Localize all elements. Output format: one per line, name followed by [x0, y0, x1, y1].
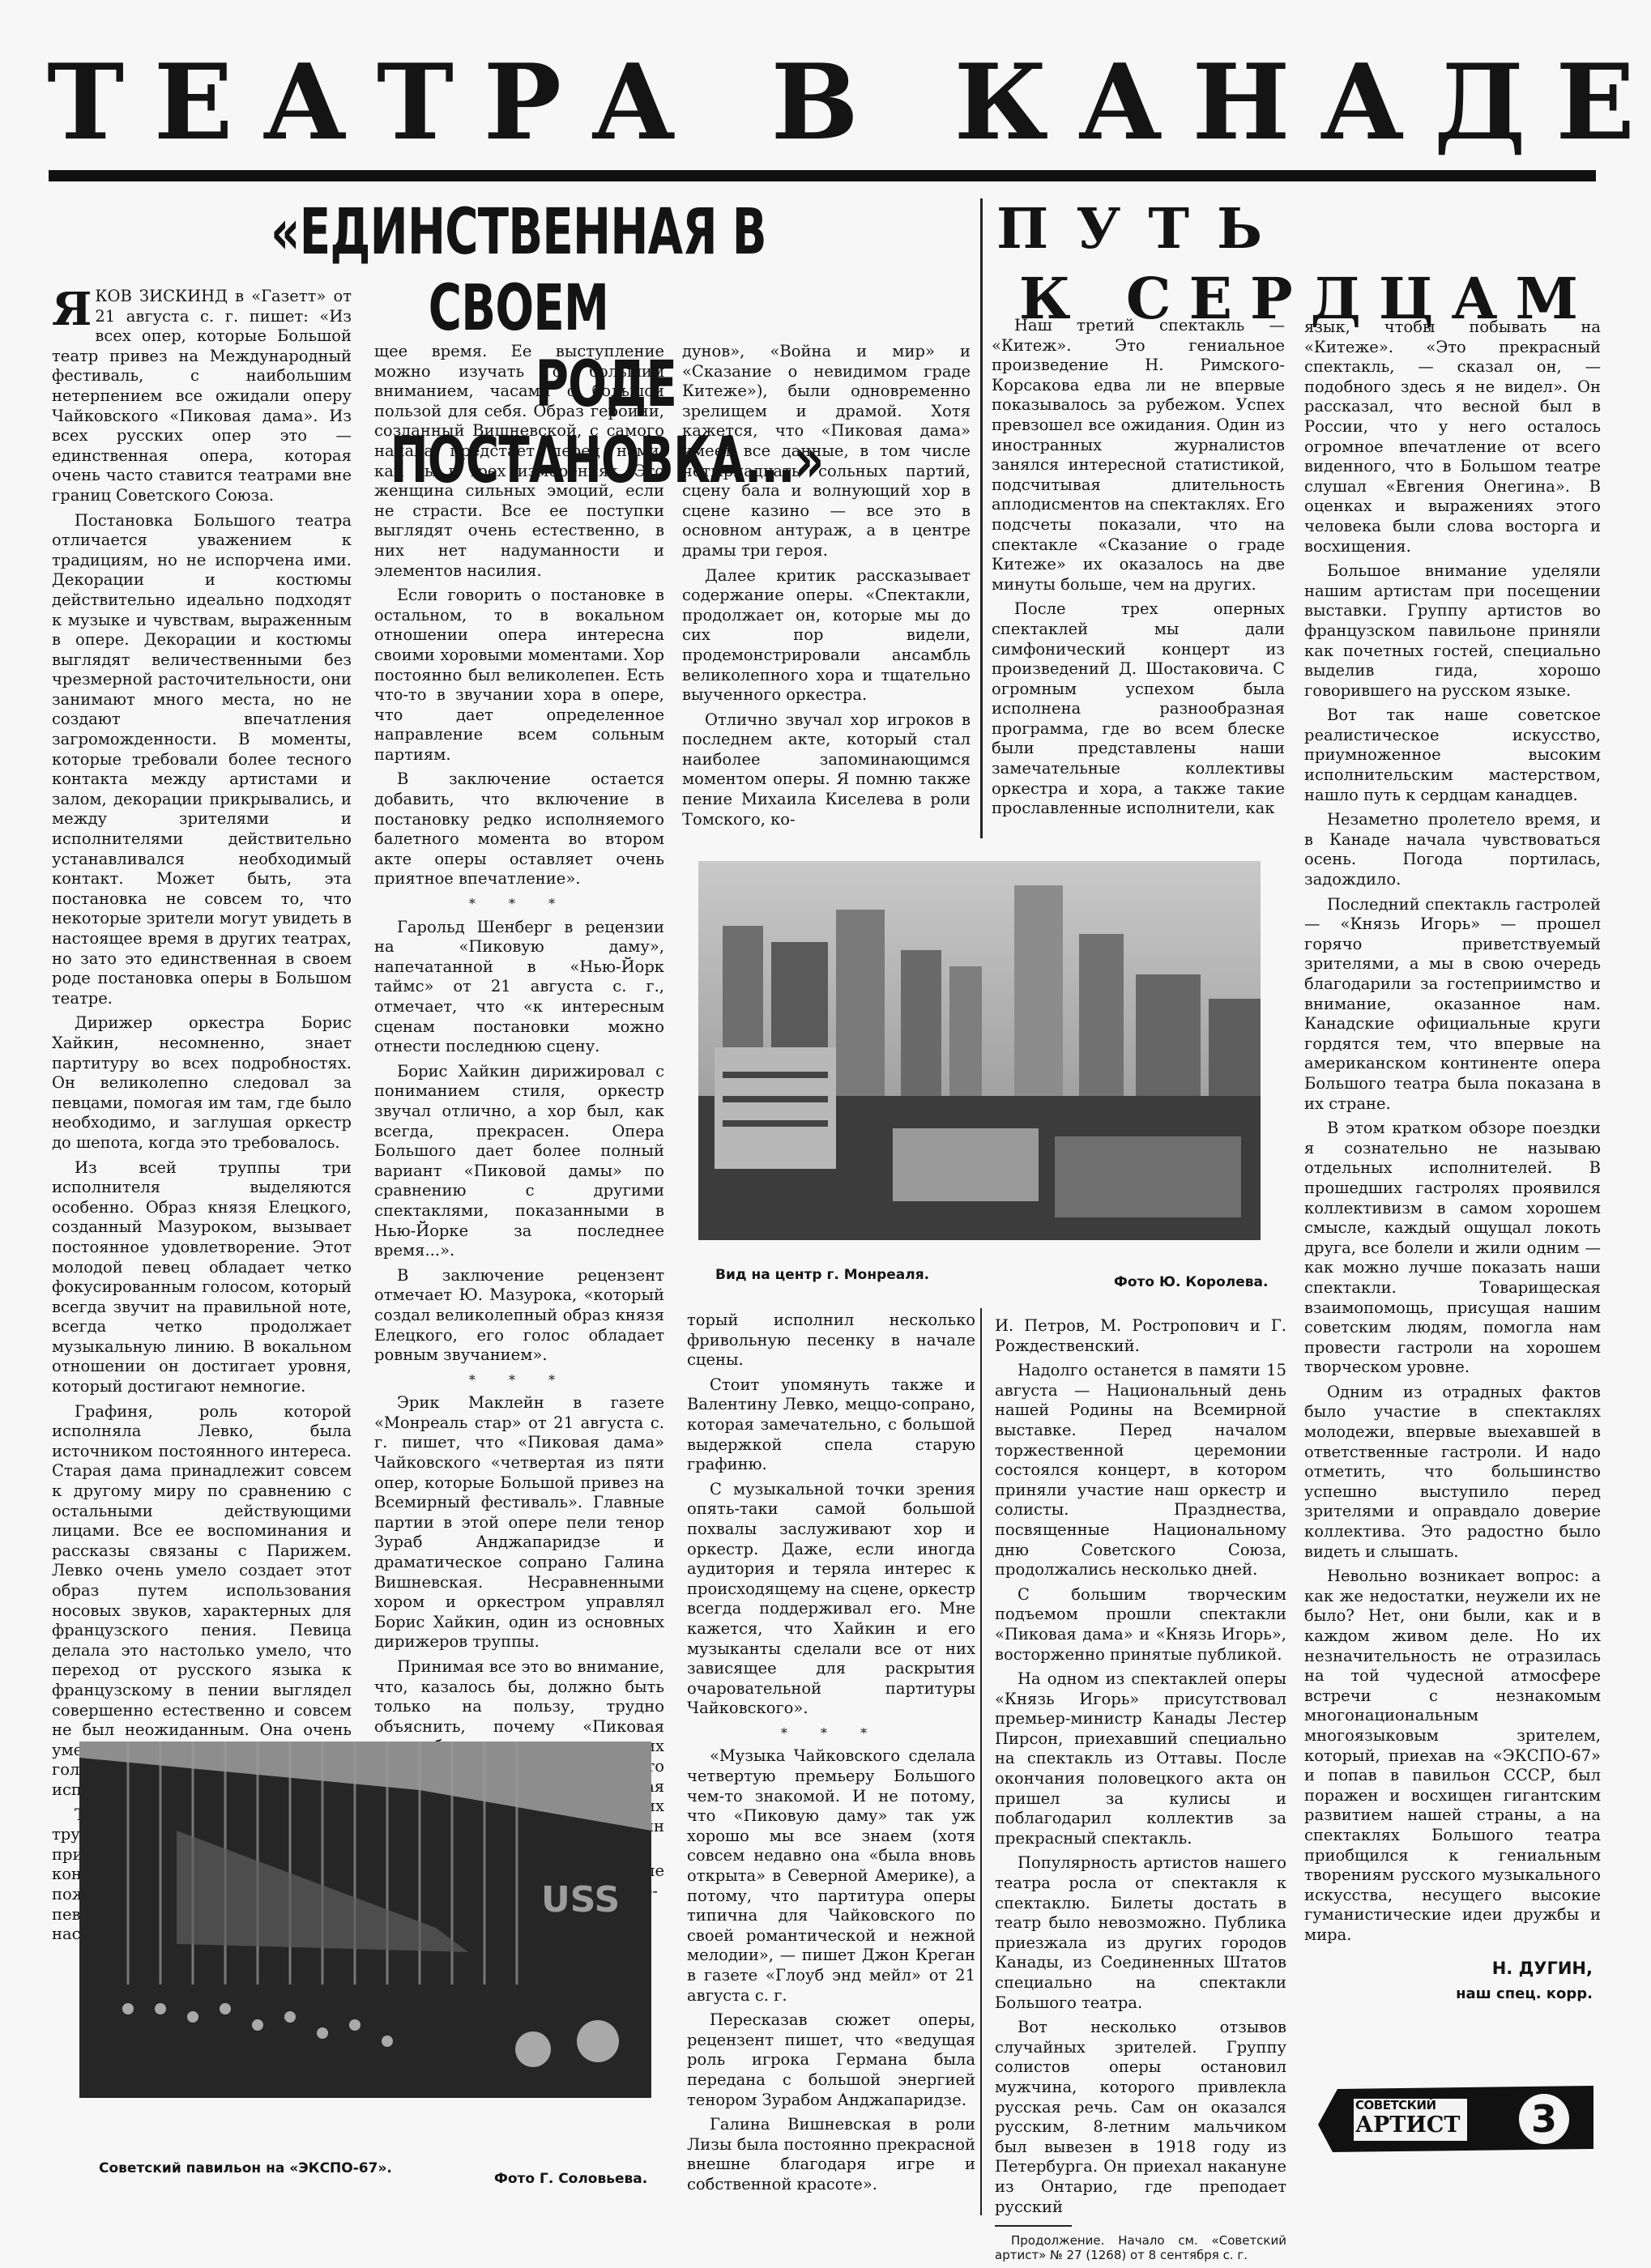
- paragraph: На одном из спектаклей оперы «Князь Игор…: [995, 1669, 1286, 1848]
- paragraph: щее время. Ее выступление можно изучать …: [374, 342, 664, 581]
- paragraph: И. Петров, М. Ростропович и Г. Рождестве…: [995, 1316, 1286, 1356]
- paragraph: Если говорить о постановке в остальном, …: [374, 586, 664, 765]
- paragraph: С большим творческим подъемом прошли спе…: [995, 1585, 1286, 1665]
- article2-column-1-top: Наш третий спектакль — «Китеж». Это гени…: [992, 316, 1285, 824]
- paragraph: Отлично звучал хор игроков в последнем а…: [682, 710, 971, 830]
- montreal-photo: [698, 861, 1261, 1240]
- masthead-letter: [888, 50, 924, 156]
- author-name: Н. ДУГИН,: [1304, 1959, 1593, 1979]
- article1-column-3-top: дунов», «Война и мир» и «Сказание о неви…: [682, 342, 971, 834]
- paragraph: Борис Хайкин дирижировал с пониманием ст…: [374, 1062, 664, 1261]
- section-separator: * * *: [374, 894, 664, 914]
- masthead-letter: Т: [377, 50, 454, 156]
- paragraph: торый исполнил несколько фривольную песе…: [687, 1311, 975, 1371]
- paragraph: С музыкальной точки зрения опять-таки са…: [687, 1480, 975, 1719]
- paragraph: дунов», «Война и мир» и «Сказание о неви…: [682, 342, 971, 561]
- paragraph: Постановка Большого театра отличается ув…: [52, 511, 352, 1009]
- column-divider: [980, 1308, 982, 2215]
- paragraph: Стоит упомянуть также и Валентину Левко,…: [687, 1375, 975, 1475]
- masthead-letter: Е: [1555, 50, 1635, 156]
- paragraph: В заключение остается добавить, что вклю…: [374, 769, 664, 889]
- column-divider: [980, 198, 983, 838]
- city-skyline-image: [698, 861, 1261, 1240]
- paragraph: Вот так наше советское реалистическое ис…: [1304, 706, 1601, 805]
- pavilion-photo: USS: [79, 1742, 651, 2098]
- paragraph: Дирижер оркестра Борис Хайкин, несомненн…: [52, 1013, 352, 1153]
- masthead-letter: Е: [154, 50, 233, 156]
- paragraph: Графиня, роль которой исполняла Левко, б…: [52, 1402, 352, 1801]
- article2-column-2: язык, чтобы побывать на «Китеже». «Это п…: [1304, 318, 1601, 2005]
- section-separator: * * *: [374, 1371, 664, 1391]
- svg-text:USS: USS: [541, 1879, 620, 1921]
- paragraph: Пересказав сюжет оперы, рецензент пишет,…: [687, 2010, 975, 2110]
- pavilion-photo-caption: Советский павильон на «ЭКСПО-67».: [99, 2160, 392, 2176]
- masthead-letter: Р: [484, 50, 561, 156]
- paragraph: Большое внимание уделяли нашим артистам …: [1304, 561, 1601, 701]
- article2-column-1-bottom: И. Петров, М. Ростропович и Г. Рождестве…: [995, 1316, 1286, 2262]
- pavilion-photo-credit: Фото Г. Соловьева.: [494, 2171, 647, 2187]
- paragraph: ЯКОВ ЗИСКИНД в «Газетт» от 21 августа с.…: [52, 287, 352, 506]
- masthead-letter: А: [591, 50, 676, 156]
- paragraph: Вот несколько отзывов случайных зрителей…: [995, 2018, 1286, 2217]
- masthead-title: ТЕАТРА В КАНАДЕ: [47, 50, 1635, 156]
- montreal-photo-caption: Вид на центр г. Монреаля.: [715, 1267, 929, 1283]
- masthead-letter: Д: [1434, 50, 1526, 156]
- article1-column-1: ЯКОВ ЗИСКИНД в «Газетт» от 21 августа с.…: [52, 287, 352, 1950]
- masthead-letter: [705, 50, 741, 156]
- paragraph: Из всей труппы три исполнителя выделяютс…: [52, 1158, 352, 1397]
- paragraph: Гарольд Шенберг в рецензии на «Пиковую д…: [374, 918, 664, 1057]
- paragraph: «Музыка Чайковского сделала четвертую пр…: [687, 1746, 975, 2006]
- masthead-letter: В: [771, 50, 859, 156]
- paragraph: Последний спектакль гастролей — «Князь И…: [1304, 895, 1601, 1115]
- masthead-rule: [49, 170, 1596, 181]
- paragraph: Незаметно пролетело время, и в Канаде на…: [1304, 810, 1601, 889]
- article1-column-3-bottom: торый исполнил несколько фривольную песе…: [687, 1311, 975, 2200]
- page-number: 3: [1519, 2094, 1569, 2144]
- paragraph: Эрик Маклейн в газете «Монреаль стар» от…: [374, 1393, 664, 1652]
- article1-column-2: щее время. Ее выступление можно изучать …: [374, 342, 664, 1906]
- paragraph: Наш третий спектакль — «Китеж». Это гени…: [992, 316, 1285, 595]
- masthead-letter: К: [954, 50, 1048, 156]
- logo-line2: АРТИСТ: [1355, 2112, 1467, 2138]
- paragraph: Далее критик рассказывает содержание опе…: [682, 566, 971, 706]
- logo-line1: СОВЕТСКИЙ: [1355, 2099, 1467, 2112]
- paragraph: В заключение рецензент отмечает Ю. Мазур…: [374, 1266, 664, 1366]
- footnote-rule: [995, 2225, 1072, 2227]
- newspaper-logo: СОВЕТСКИЙ АРТИСТ 3: [1318, 2086, 1593, 2152]
- masthead-letter: А: [1320, 50, 1404, 156]
- masthead-letter: Н: [1192, 50, 1291, 156]
- masthead-letter: А: [1078, 50, 1163, 156]
- paragraph: Популярность артистов нашего театра росл…: [995, 1853, 1286, 2013]
- dropcap: Я: [52, 290, 92, 329]
- masthead-letter: Т: [47, 50, 124, 156]
- paragraph: Одним из отрадных фактов было участие в …: [1304, 1383, 1601, 1562]
- author-title: наш спец. корр.: [1304, 1985, 1593, 2005]
- paragraph: Надолго останется в памяти 15 августа — …: [995, 1361, 1286, 1580]
- paragraph: Невольно возникает вопрос: а как же недо…: [1304, 1567, 1601, 1945]
- masthead-letter: А: [262, 50, 347, 156]
- article2-headline: ПУТЬ К СЕРДЦАМ: [996, 194, 1596, 334]
- paragraph: После трех оперных спектаклей мы дали си…: [992, 599, 1285, 819]
- montreal-photo-credit: Фото Ю. Королева.: [1114, 1274, 1268, 1290]
- pavilion-image: USS: [79, 1742, 651, 2098]
- paragraph: язык, чтобы побывать на «Китеже». «Это п…: [1304, 318, 1601, 556]
- article2-headline-line1: ПУТЬ: [996, 194, 1596, 264]
- footnote: Продолжение. Начало см. «Советский артис…: [995, 2233, 1286, 2262]
- paragraph: В этом кратком обзоре поездки я сознател…: [1304, 1119, 1601, 1378]
- paragraph: Галина Вишневская в роли Лизы была посто…: [687, 2115, 975, 2194]
- section-separator: * * *: [687, 1724, 975, 1744]
